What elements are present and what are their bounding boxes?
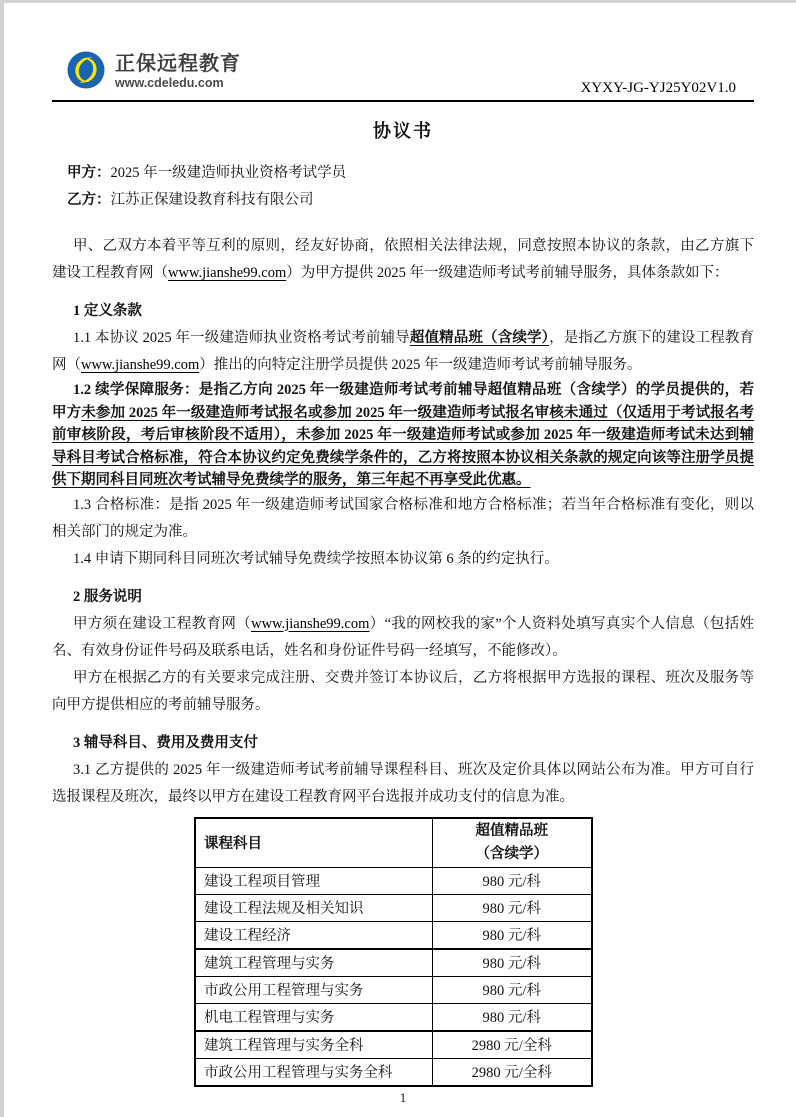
plan-header-line2: （含续学） — [441, 843, 584, 866]
subject-cell: 市政公用工程管理与实务 — [195, 976, 432, 1003]
plan-column-header: 超值精品班 （含续学） — [432, 818, 592, 868]
fee-table-header-row: 课程科目 超值精品班 （含续学） — [195, 818, 592, 868]
price-cell: 2980 元/全科 — [432, 1058, 592, 1086]
jianshe99-link[interactable]: www.jianshe99.com — [168, 265, 286, 281]
subject-cell: 建筑工程管理与实务 — [195, 949, 432, 977]
clause-3-1: 3.1 乙方提供的 2025 年一级建造师考试考前辅导课程科目、班次及定价具体以… — [52, 757, 754, 811]
price-cell: 980 元/科 — [432, 921, 592, 949]
clause-1-4: 1.4 申请下期同科目同班次考试辅导免费续学按照本协议第 6 条的约定执行。 — [52, 546, 754, 573]
subject-cell: 机电工程管理与实务 — [195, 1003, 432, 1031]
clause-1-1-emphasis: 超值精品班（含续学） — [410, 330, 549, 346]
fee-table: 课程科目 超值精品班 （含续学） 建设工程项目管理980 元/科建设工程法规及相… — [194, 817, 593, 1087]
subject-column-header: 课程科目 — [195, 818, 432, 868]
table-row: 机电工程管理与实务980 元/科 — [195, 1003, 592, 1031]
section1-heading: 1 定义条款 — [52, 298, 754, 325]
subject-cell: 建设工程法规及相关知识 — [195, 894, 432, 921]
table-row: 市政公用工程管理与实务980 元/科 — [195, 976, 592, 1003]
subject-cell: 建筑工程管理与实务全科 — [195, 1031, 432, 1059]
plan-header-line1: 超值精品班 — [441, 820, 584, 843]
table-row: 建筑工程管理与实务980 元/科 — [195, 949, 592, 977]
jianshe99-link[interactable]: www.jianshe99.com — [81, 357, 199, 373]
brand-text: 正保远程教育 www.cdeledu.com — [115, 54, 241, 90]
brand-name: 正保远程教育 — [115, 54, 241, 75]
document-code: XYXY-JG-YJ25Y02V1.0 — [581, 80, 736, 97]
clause-2-1-text-1: 甲方须在建设工程教育网（ — [73, 616, 251, 632]
brand-block: 正保远程教育 www.cdeledu.com — [66, 50, 241, 95]
brand-logo-icon — [66, 50, 106, 95]
page-header: 正保远程教育 www.cdeledu.com XYXY-JG-YJ25Y02V1… — [52, 0, 754, 102]
table-row: 建筑工程管理与实务全科2980 元/全科 — [195, 1031, 592, 1059]
viewer-left-edge — [0, 0, 4, 1117]
clause-1-2-underlined-text: 未参加 2025 年一级建造师考试报名或参加 2025 年一级建造师考试报名审核… — [52, 405, 754, 489]
price-cell: 2980 元/全科 — [432, 1031, 592, 1059]
document-page: 正保远程教育 www.cdeledu.com XYXY-JG-YJ25Y02V1… — [52, 0, 754, 1106]
price-cell: 980 元/科 — [432, 1003, 592, 1031]
clause-1-1: 1.1 本协议 2025 年一级建造师执业资格考试考前辅导超值精品班（含续学），… — [52, 325, 754, 379]
table-row: 建设工程经济980 元/科 — [195, 921, 592, 949]
brand-site-url: www.cdeledu.com — [115, 77, 241, 90]
party-a-line: 甲方：2025 年一级建造师执业资格考试学员 — [52, 160, 754, 187]
intro-text-2: ）为甲方提供 2025 年一级建造师考试考前辅导服务，具体条款如下： — [286, 265, 728, 281]
document-title: 协议书 — [52, 117, 754, 143]
clause-1-1-text-1: 1.1 本协议 2025 年一级建造师执业资格考试考前辅导 — [73, 330, 410, 346]
price-cell: 980 元/科 — [432, 976, 592, 1003]
clause-2-2: 甲方在根据乙方的有关要求完成注册、交费并签订本协议后，乙方将根据甲方选报的课程、… — [52, 665, 754, 719]
clause-1-1-text-3: ）推出的向特定注册学员提供 2025 年一级建造师考试考前辅导服务。 — [199, 357, 641, 373]
page-number: 1 — [52, 1091, 754, 1106]
fee-table-body: 建设工程项目管理980 元/科建设工程法规及相关知识980 元/科建设工程经济9… — [195, 867, 592, 1086]
clause-2-1: 甲方须在建设工程教育网（www.jianshe99.com）“我的网校我的家”个… — [52, 611, 754, 665]
table-row: 建设工程法规及相关知识980 元/科 — [195, 894, 592, 921]
party-b-value: 江苏正保建设教育科技有限公司 — [111, 192, 314, 208]
clause-1-2: 1.2 续学保障服务：是指乙方向 2025 年一级建造师考试考前辅导超值精品班（… — [52, 379, 754, 492]
price-cell: 980 元/科 — [432, 867, 592, 894]
intro-paragraph: 甲、乙双方本着平等互利的原则，经友好协商，依照相关法律法规，同意按照本协议的条款… — [52, 233, 754, 287]
table-row: 建设工程项目管理980 元/科 — [195, 867, 592, 894]
subject-cell: 建设工程项目管理 — [195, 867, 432, 894]
party-a-label: 甲方： — [67, 165, 111, 181]
section3-heading: 3 辅导科目、费用及费用支付 — [52, 730, 754, 757]
price-cell: 980 元/科 — [432, 894, 592, 921]
subject-cell: 市政公用工程管理与实务全科 — [195, 1058, 432, 1086]
price-cell: 980 元/科 — [432, 949, 592, 977]
table-row: 市政公用工程管理与实务全科2980 元/全科 — [195, 1058, 592, 1086]
party-a-value: 2025 年一级建造师执业资格考试学员 — [111, 165, 347, 181]
subject-cell: 建设工程经济 — [195, 921, 432, 949]
jianshe99-link[interactable]: www.jianshe99.com — [251, 616, 369, 632]
party-b-line: 乙方：江苏正保建设教育科技有限公司 — [52, 187, 754, 214]
section2-heading: 2 服务说明 — [52, 584, 754, 611]
clause-1-3: 1.3 合格标准：是指 2025 年一级建造师考试国家合格标准和地方合格标准；若… — [52, 492, 754, 546]
party-b-label: 乙方： — [67, 192, 111, 208]
